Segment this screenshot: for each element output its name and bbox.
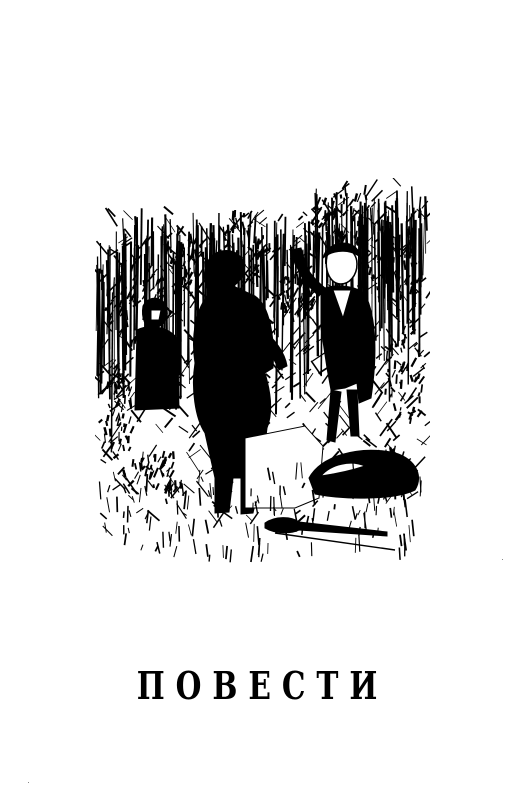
forest-scene-illustration bbox=[95, 178, 430, 570]
section-title: ПОВЕСТИ bbox=[59, 662, 466, 710]
book-page: ПОВЕСТИ bbox=[0, 0, 522, 800]
scan-speck bbox=[502, 559, 503, 560]
scan-speck bbox=[28, 782, 29, 783]
